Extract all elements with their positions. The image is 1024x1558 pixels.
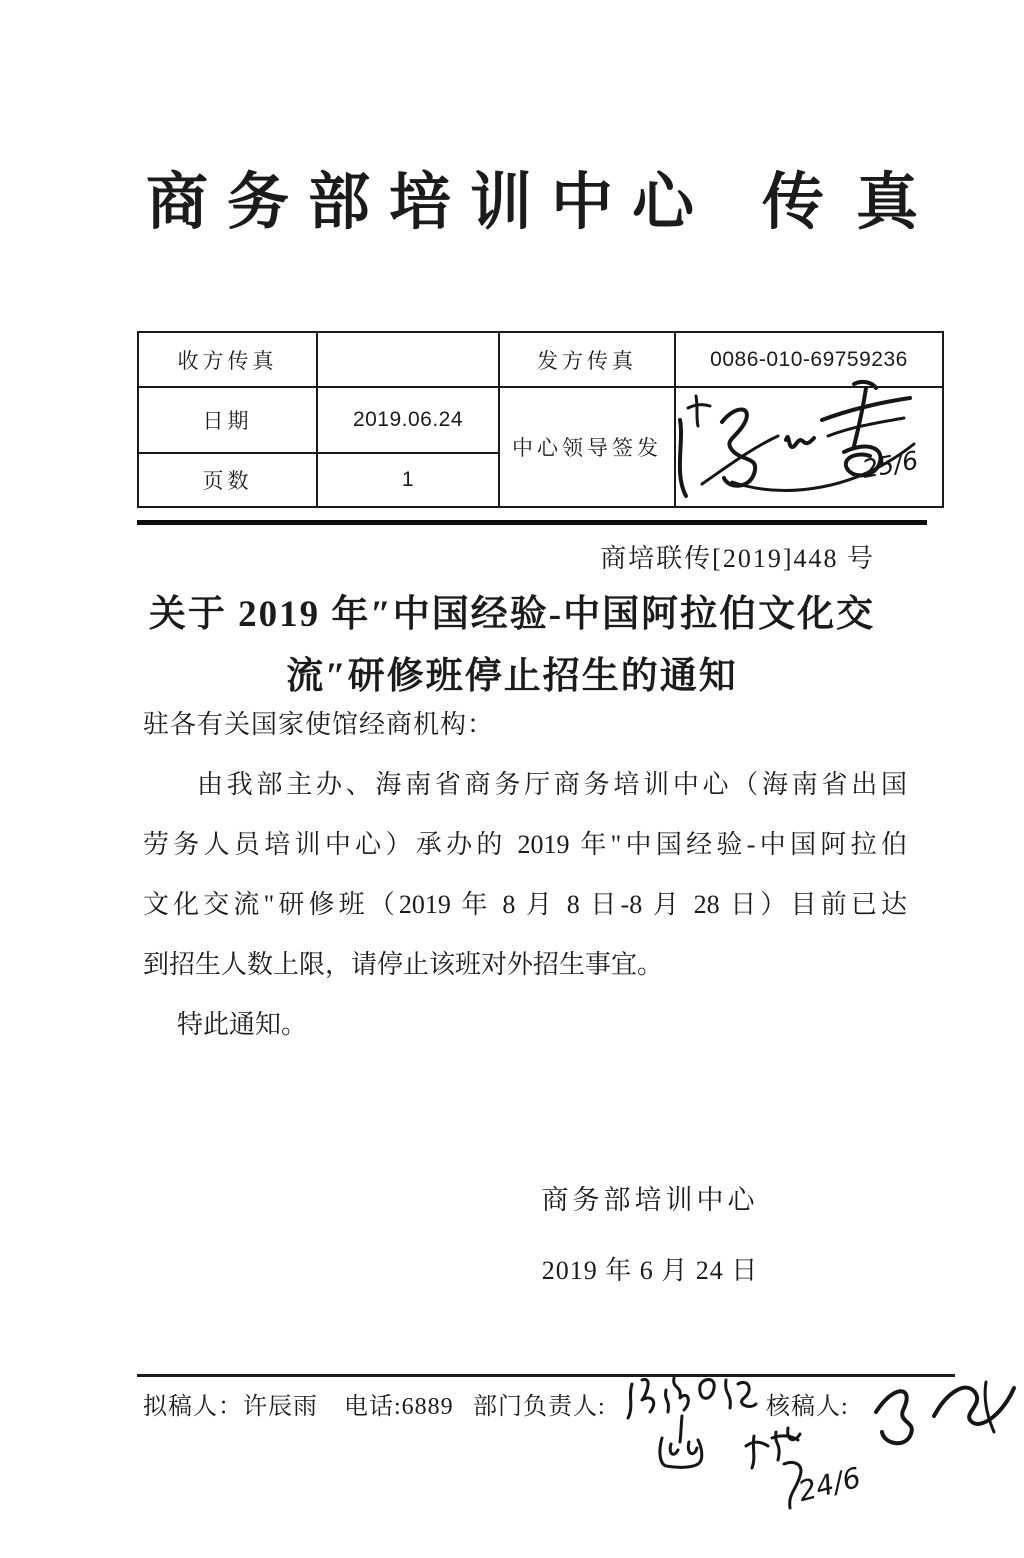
signoff-org: 商务部培训中心 <box>400 1178 900 1217</box>
table-row: 收方传真 发方传真 0086-010-69759236 <box>138 332 943 387</box>
sender-fax-value: 0086-010-69759236 <box>675 332 943 387</box>
body-line: 到招生人数上限，请停止该班对外招生事宜。 <box>143 935 907 995</box>
phone-value: 6889 <box>402 1394 454 1420</box>
letterhead-org-name: 商务部培训中心 <box>146 152 713 241</box>
handwritten-mark-1 <box>652 1412 710 1470</box>
phone-field: 电话:6889 <box>344 1386 454 1421</box>
reviewer-signature-handwriting <box>862 1366 1024 1450</box>
pages-value: 1 <box>317 453 499 507</box>
document-number: 商培联传[2019]448 号 <box>600 538 875 575</box>
salutation: 驻各有关国家使馆经商机构： <box>143 695 907 755</box>
date-value: 2019.06.24 <box>317 387 499 453</box>
drafter-name: 许辰雨 <box>243 1394 318 1420</box>
body-line: 劳务人员培训中心）承办的 2019 年"中国经验-中国阿拉伯 <box>143 815 907 875</box>
letterhead-fax-label: 传真 <box>762 152 950 241</box>
document-title: 关于 2019 年″中国经验-中国阿拉伯文化交 流″研修班停止招生的通知 <box>119 584 905 708</box>
leader-sign-label: 中心领导签发 <box>499 387 675 507</box>
leader-signature-date-mark: 25/6 <box>860 446 920 484</box>
footer-rule <box>137 1374 955 1377</box>
reviewer-label: 核稿人: <box>766 1386 849 1421</box>
recipient-fax-label: 收方传真 <box>138 332 317 387</box>
signoff-date: 2019 年 6 月 24 日 <box>400 1250 900 1287</box>
recipient-fax-value <box>317 332 499 387</box>
pages-label: 页数 <box>138 453 317 507</box>
drafter-field: 拟稿人：许辰雨 <box>143 1386 318 1421</box>
document-letterhead: 商务部培训中心 传真 <box>146 152 924 241</box>
closing-line: 特此通知。 <box>143 995 907 1055</box>
separator-rule <box>137 520 927 525</box>
document-title-line1: 关于 2019 年″中国经验-中国阿拉伯文化交 <box>119 584 905 646</box>
table-row: 日期 2019.06.24 中心领导签发 2 <box>138 387 943 453</box>
handwritten-date-mark: 24/6 <box>795 1461 864 1508</box>
date-label: 日期 <box>138 387 317 453</box>
signoff-block: 商务部培训中心 2019 年 6 月 24 日 <box>400 1178 900 1287</box>
document-body: 驻各有关国家使馆经商机构： 由我部主办、海南省商务厅商务培训中心（海南省出国 劳… <box>143 695 907 1055</box>
leader-signature-handwriting: 25/6 <box>658 374 958 522</box>
body-line: 由我部主办、海南省商务厅商务培训中心（海南省出国 <box>143 755 907 815</box>
leader-sign-cell: 25/6 <box>675 387 943 507</box>
fax-document-page: 商务部培训中心 传真 收方传真 发方传真 0086-010-69759236 日… <box>0 0 1024 1558</box>
body-line: 文化交流"研修班（2019 年 8 月 8 日-8 月 28 日）目前已达 <box>143 875 907 935</box>
sender-fax-label: 发方传真 <box>499 332 675 387</box>
dept-head-label: 部门负责人: <box>473 1386 606 1421</box>
phone-label: 电话: <box>344 1394 402 1420</box>
fax-info-table: 收方传真 发方传真 0086-010-69759236 日期 2019.06.2… <box>137 331 944 508</box>
drafter-label: 拟稿人： <box>143 1394 243 1420</box>
